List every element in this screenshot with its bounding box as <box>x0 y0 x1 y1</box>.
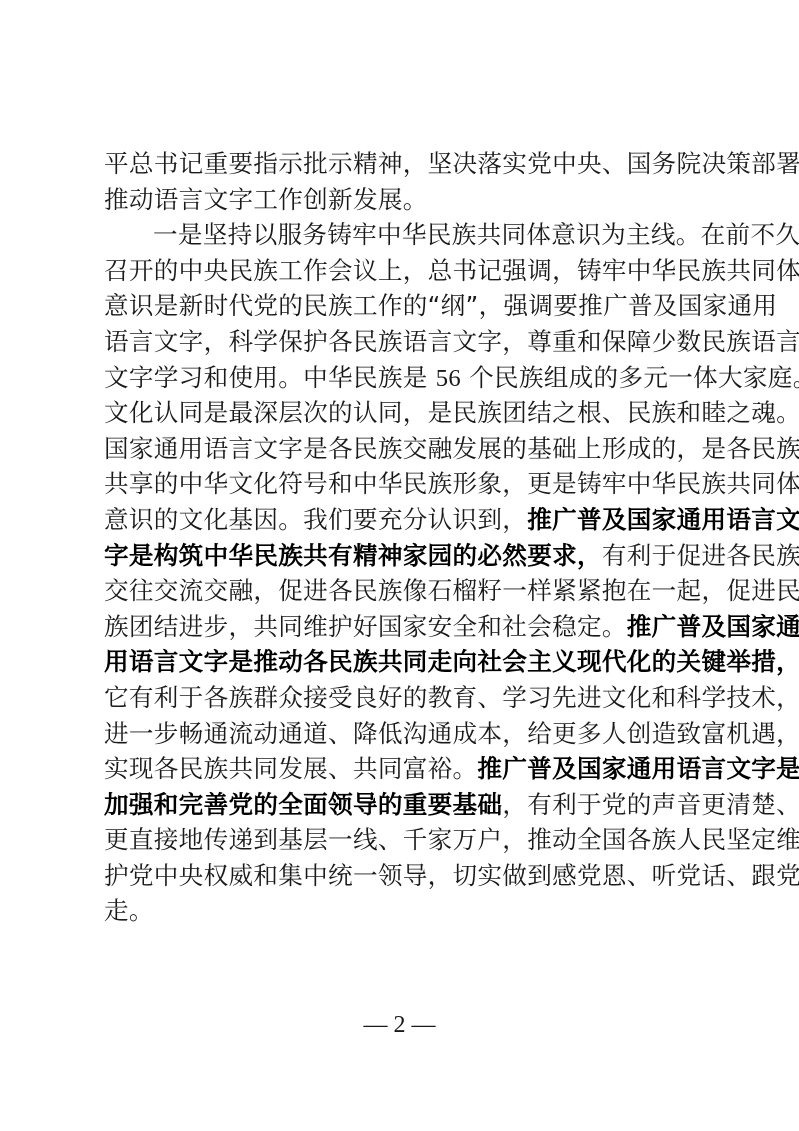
text-segment: 意识是新时代党的民族工作的“纲”，强调要推广普及国家通用 <box>104 291 777 320</box>
text-line: 推动语言文字工作创新发展。 <box>104 182 708 218</box>
text-line: 平总书记重要指示批示精神，坚决落实党中央、国务院决策部署， <box>104 146 708 182</box>
text-line: 更直接地传递到基层一线、千家万户，推动全国各族人民坚定维 <box>104 822 708 858</box>
text-segment: 文字学习和使用。中华民族是 <box>104 363 436 392</box>
text-line: 护党中央权威和集中统一领导，切实做到感党恩、听党话、跟党 <box>104 858 708 894</box>
text-segment: 56 <box>436 365 461 392</box>
text-line: 召开的中央民族工作会议上，总书记强调，铸牢中华民族共同体 <box>104 253 708 289</box>
text-line: 族团结进步，共同维护好国家安全和社会稳定。推广普及国家通 <box>104 609 708 645</box>
text-line: 进一步畅通流动通道、降低沟通成本，给更多人创造致富机遇， <box>104 716 708 752</box>
text-segment: 一是坚持以服务铸牢中华民族共同体意识为主线。在前不久 <box>153 220 799 249</box>
text-segment: 它有利于各族群众接受良好的教育、学习先进文化和科学技术， <box>104 683 799 712</box>
text-segment: 族团结进步，共同维护好国家安全和社会稳定。 <box>104 612 627 641</box>
text-line: 意识是新时代党的民族工作的“纲”，强调要推广普及国家通用 <box>104 288 708 324</box>
text-line: 用语言文字是推动各民族共同走向社会主义现代化的关键举措， <box>104 644 708 680</box>
text-segment: 交往交流交融，促进各民族像石榴籽一样紧紧抱在一起，促进民 <box>104 576 799 605</box>
text-line: 意识的文化基因。我们要充分认识到，推广普及国家通用语言文 <box>104 502 708 538</box>
text-segment: 护党中央权威和集中统一领导，切实做到感党恩、听党话、跟党 <box>104 861 799 890</box>
body-text: 平总书记重要指示批示精神，坚决落实党中央、国务院决策部署，推动语言文字工作创新发… <box>104 146 708 929</box>
text-line: 文字学习和使用。中华民族是 56 个民族组成的多元一体大家庭。 <box>104 360 708 396</box>
text-segment: ，有利于党的声音更清楚、 <box>502 790 799 819</box>
text-line: 共享的中华文化符号和中华民族形象，更是铸牢中华民族共同体 <box>104 466 708 502</box>
text-segment: 语言文字，科学保护各民族语言文字，尊重和保障少数民族语言 <box>104 327 799 356</box>
text-segment: 共享的中华文化符号和中华民族形象，更是铸牢中华民族共同体 <box>104 469 799 498</box>
text-line: 一是坚持以服务铸牢中华民族共同体意识为主线。在前不久 <box>104 217 708 253</box>
text-segment: 推动语言文字工作创新发展。 <box>104 185 428 214</box>
text-line: 它有利于各族群众接受良好的教育、学习先进文化和科学技术， <box>104 680 708 716</box>
text-line: 语言文字，科学保护各民族语言文字，尊重和保障少数民族语言 <box>104 324 708 360</box>
bold-emphasis-text: 推广普及国家通用语言文字是 <box>477 754 799 783</box>
text-segment: 意识的文化基因。我们要充分认识到， <box>104 505 527 534</box>
text-segment: 召开的中央民族工作会议上，总书记强调，铸牢中华民族共同体 <box>104 256 799 285</box>
text-line: 字是构筑中华民族共有精神家园的必然要求，有利于促进各民族 <box>104 538 708 574</box>
bold-emphasis-text: 加强和完善党的全面领导的重要基础 <box>104 790 502 819</box>
text-segment: 个民族组成的多元一体大家庭。 <box>461 363 799 392</box>
page-number: — 2 — <box>0 1012 799 1039</box>
text-segment: 实现各民族共同发展、共同富裕。 <box>104 754 477 783</box>
bold-emphasis-text: 字是构筑中华民族共有精神家园的必然要求， <box>104 541 602 570</box>
text-line: 交往交流交融，促进各民族像石榴籽一样紧紧抱在一起，促进民 <box>104 573 708 609</box>
text-line: 文化认同是最深层次的认同，是民族团结之根、民族和睦之魂。 <box>104 395 708 431</box>
text-line: 加强和完善党的全面领导的重要基础，有利于党的声音更清楚、 <box>104 787 708 823</box>
text-segment: 文化认同是最深层次的认同，是民族团结之根、民族和睦之魂。 <box>104 398 799 427</box>
text-segment: 更直接地传递到基层一线、千家万户，推动全国各族人民坚定维 <box>104 825 799 854</box>
text-segment: 进一步畅通流动通道、降低沟通成本，给更多人创造致富机遇， <box>104 719 799 748</box>
document-page: 平总书记重要指示批示精神，坚决落实党中央、国务院决策部署，推动语言文字工作创新发… <box>0 0 799 1131</box>
text-segment: 国家通用语言文字是各民族交融发展的基础上形成的，是各民族 <box>104 434 799 463</box>
text-line: 实现各民族共同发展、共同富裕。推广普及国家通用语言文字是 <box>104 751 708 787</box>
bold-emphasis-text: 推广普及国家通用语言文 <box>527 505 799 534</box>
text-segment: 走。 <box>104 896 154 925</box>
bold-emphasis-text: 推广普及国家通 <box>627 612 799 641</box>
text-segment: 平总书记重要指示批示精神，坚决落实党中央、国务院决策部署， <box>104 149 799 178</box>
text-line: 国家通用语言文字是各民族交融发展的基础上形成的，是各民族 <box>104 431 708 467</box>
bold-emphasis-text: 用语言文字是推动各民族共同走向社会主义现代化的关键举措， <box>104 647 799 676</box>
text-segment: 有利于促进各民族 <box>602 541 799 570</box>
text-line: 走。 <box>104 893 708 929</box>
